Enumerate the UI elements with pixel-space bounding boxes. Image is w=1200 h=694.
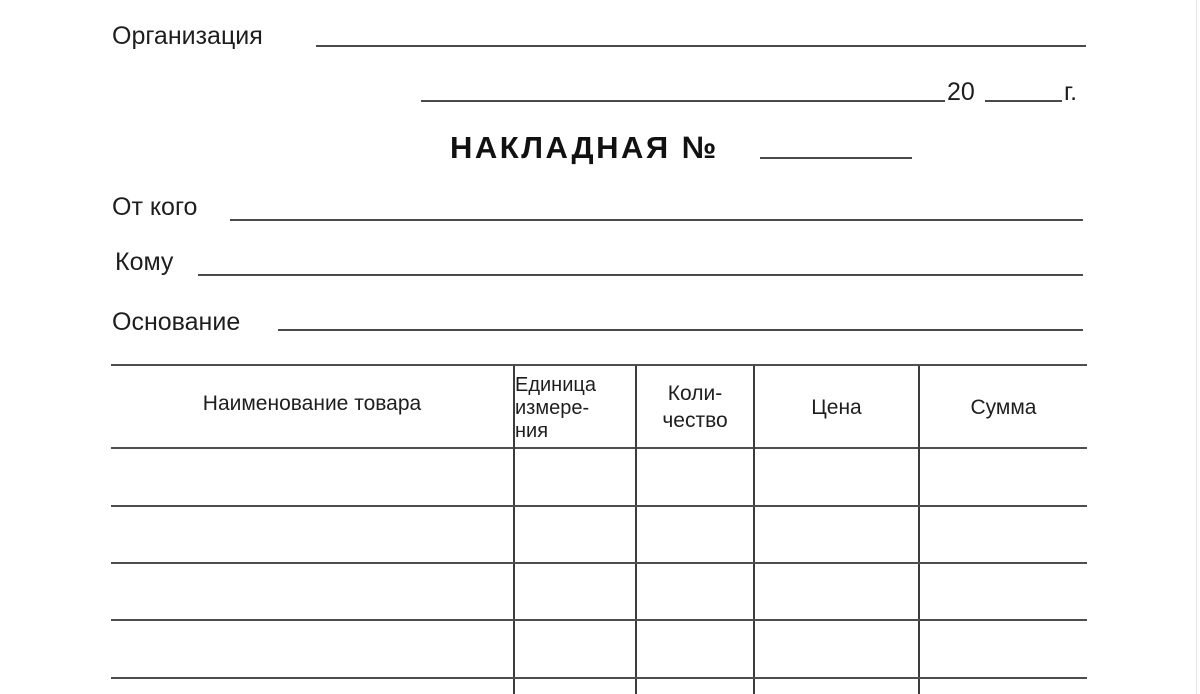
column-header-text: Сумма	[971, 396, 1037, 419]
to-label: Кому	[115, 248, 173, 276]
column-header-unit: Единица измере- ния	[515, 366, 635, 448]
date-year-suffix: г.	[1064, 78, 1077, 106]
date-year-field[interactable]	[985, 100, 1062, 102]
from-field[interactable]	[230, 219, 1083, 221]
column-header-text: ния	[515, 420, 548, 443]
date-year-prefix: 20	[947, 78, 975, 106]
column-header-text: Цена	[811, 396, 862, 419]
date-day-month-field[interactable]	[421, 100, 945, 102]
table-row[interactable]	[111, 449, 1087, 505]
document-title: НАКЛАДНАЯ №	[450, 131, 719, 165]
invoice-number-field[interactable]	[760, 157, 912, 159]
column-header-text: Единица	[515, 374, 596, 397]
table-row[interactable]	[111, 564, 1087, 619]
column-header-quantity: Коли- чество	[637, 363, 753, 451]
basis-label: Основание	[112, 308, 240, 336]
column-header-sum: Сумма	[920, 366, 1087, 448]
column-header-item-name: Наименование товара	[111, 366, 513, 448]
from-label: От кого	[112, 193, 197, 221]
column-header-text: Коли-	[668, 380, 722, 407]
organization-field[interactable]	[316, 45, 1086, 47]
table-row[interactable]	[111, 621, 1087, 677]
table-row[interactable]	[111, 679, 1087, 694]
to-field[interactable]	[198, 274, 1083, 276]
column-header-text: измере-	[515, 397, 589, 420]
organization-label: Организация	[112, 22, 263, 50]
page-edge	[1196, 0, 1197, 694]
table-row[interactable]	[111, 507, 1087, 562]
column-header-price: Цена	[755, 366, 918, 448]
basis-field[interactable]	[278, 329, 1083, 331]
column-header-text: Наименование товара	[203, 392, 421, 415]
column-header-text: чество	[662, 407, 727, 434]
